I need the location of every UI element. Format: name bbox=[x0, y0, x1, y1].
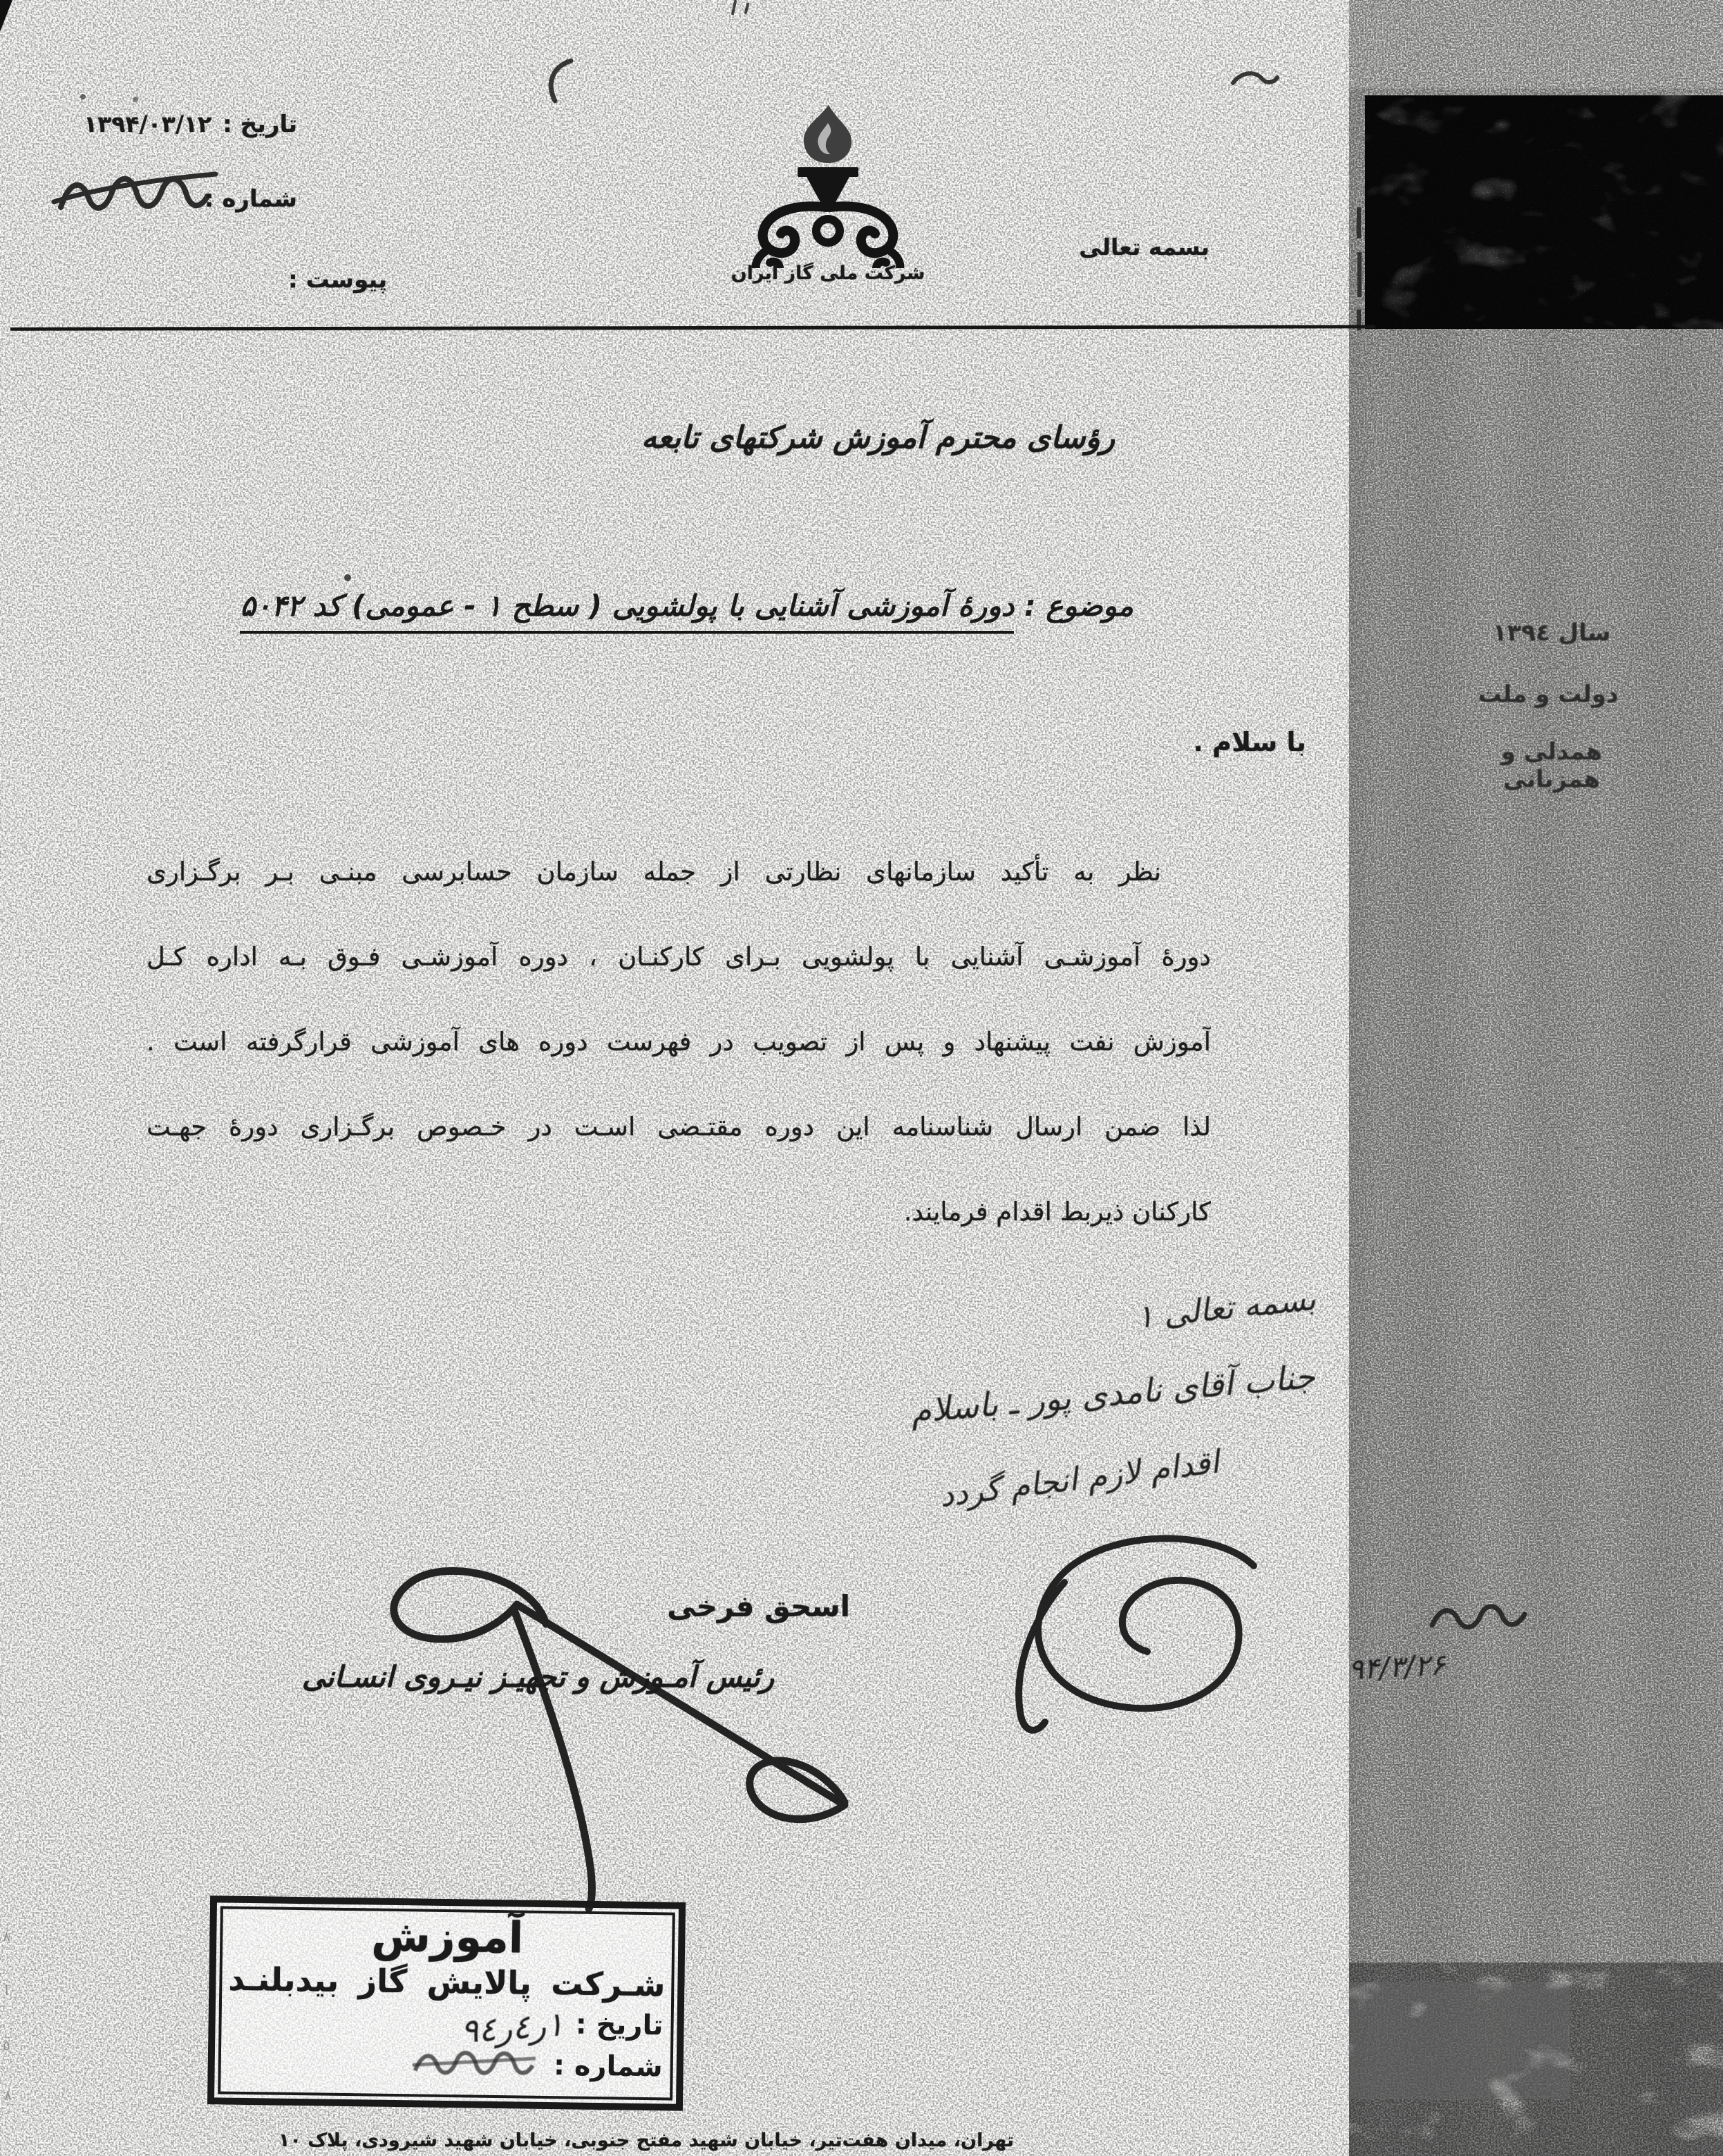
body-line: آموزش نفت پیشنهاد و پس از تصویب در فهرست… bbox=[147, 999, 1211, 1084]
bismillah-text: بسمه تعالی bbox=[1079, 234, 1209, 261]
number-field: شماره : bbox=[205, 185, 297, 213]
date-label: تاریخ : bbox=[223, 111, 297, 138]
body-line: نظر به تأکید سازمانهای نظارتی از جمله سا… bbox=[147, 829, 1211, 914]
edge-mark: ٨ bbox=[3, 1928, 10, 1945]
edge-mark: ا bbox=[5, 1982, 9, 1998]
logo-caption: شرکت ملی گاز ایران bbox=[710, 263, 945, 284]
stamp-company: شـرکت پالایش گاز بیدبلنـد bbox=[216, 1960, 678, 2003]
margin-slogan-line2: همدلی و همزبانی bbox=[1451, 738, 1652, 793]
recipient-line: رؤسای محترم آموزش شرکتهای تابعه bbox=[641, 420, 1115, 455]
training-stamp: آموزش شـرکت پالایش گاز بیدبلنـد تاریخ : … bbox=[207, 1895, 686, 2111]
subject-line: موضوع : دورهٔ آموزشی آشنایی با پولشویی (… bbox=[240, 589, 1133, 623]
stray-tilde-mark bbox=[1233, 73, 1277, 83]
date-field: تاریخ : ۱۳۹۴/۰۳/۱۲ bbox=[84, 111, 297, 138]
stray-pen-arc bbox=[551, 61, 571, 101]
handwritten-note-bismillah: بسمه تعالی ۱ bbox=[1134, 1280, 1317, 1336]
attachment-label: پیوست : bbox=[288, 266, 387, 294]
handwritten-signature bbox=[1019, 1538, 1254, 1730]
corner-nick bbox=[0, 0, 12, 32]
edge-mark: ٨ bbox=[4, 2087, 12, 2103]
stamp-date-value: ۱ر٤ر٩٤ bbox=[459, 2005, 565, 2051]
letter-body: نظر به تأکید سازمانهای نظارتی از جمله سا… bbox=[147, 829, 1211, 1254]
margin-slogan-line1: دولت و ملت bbox=[1458, 681, 1638, 708]
body-line: لذا ضمن ارسال شناسنامه این دوره مقتـضی ا… bbox=[147, 1084, 1211, 1169]
date-scribble bbox=[1432, 1607, 1525, 1627]
attachment-field: پیوست : bbox=[288, 266, 387, 294]
stamp-date-row: تاریخ : ۱ر٤ر٩٤ bbox=[215, 2000, 677, 2045]
subject-text: دورهٔ آموزشی آشنایی با پولشویی ( سطح ۱ -… bbox=[240, 589, 1014, 634]
salutation: با سلام . bbox=[1193, 727, 1306, 757]
date-value: ۱۳۹۴/۰۳/۱۲ bbox=[84, 111, 211, 138]
body-line: کارکنان ذیربط اقدام فرمایند. bbox=[147, 1169, 1211, 1254]
handwritten-number-scribble bbox=[54, 174, 216, 208]
stamp-number-label: شماره : bbox=[554, 2050, 663, 2083]
scanned-letter-page: تاریخ : ۱۳۹۴/۰۳/۱۲ شماره : پیوست : بسمه … bbox=[0, 0, 1723, 2156]
stamp-number-row: شماره : bbox=[214, 2041, 677, 2086]
stamp-number-scribble bbox=[408, 2047, 540, 2082]
header-divider bbox=[10, 325, 1375, 330]
stamp-date-label: تاریخ : bbox=[575, 2009, 663, 2042]
body-line: دورهٔ آموزشـی آشنایی با پولشویی بـرای کا… bbox=[147, 914, 1211, 999]
edge-mark: ٥ bbox=[3, 2037, 10, 2054]
nigc-logo-icon bbox=[724, 102, 932, 268]
handwritten-date: ۹۴/۳/۲۶ bbox=[1347, 1647, 1446, 1686]
handwritten-note-action: اقدام لازم انجام گردد bbox=[937, 1443, 1221, 1514]
number-label: شماره : bbox=[205, 185, 297, 213]
handwritten-note-addressee: جناب آقای نامدی پور ـ باسلام bbox=[909, 1357, 1317, 1431]
footer-address: تهران، میدان هفت‌تیر، خیابان شهید مفتح ج… bbox=[263, 2130, 1030, 2151]
signatory-title: رئیس آمـوزش و تجهیـز نیـروی انسـانی bbox=[302, 1660, 774, 1694]
margin-year: سال ١٣٩٤ bbox=[1472, 619, 1631, 647]
subject-label: موضوع : bbox=[1024, 589, 1133, 623]
signatory-name: اسحق فرخی bbox=[667, 1589, 850, 1623]
stamp-title: آموزش bbox=[216, 1908, 679, 1965]
